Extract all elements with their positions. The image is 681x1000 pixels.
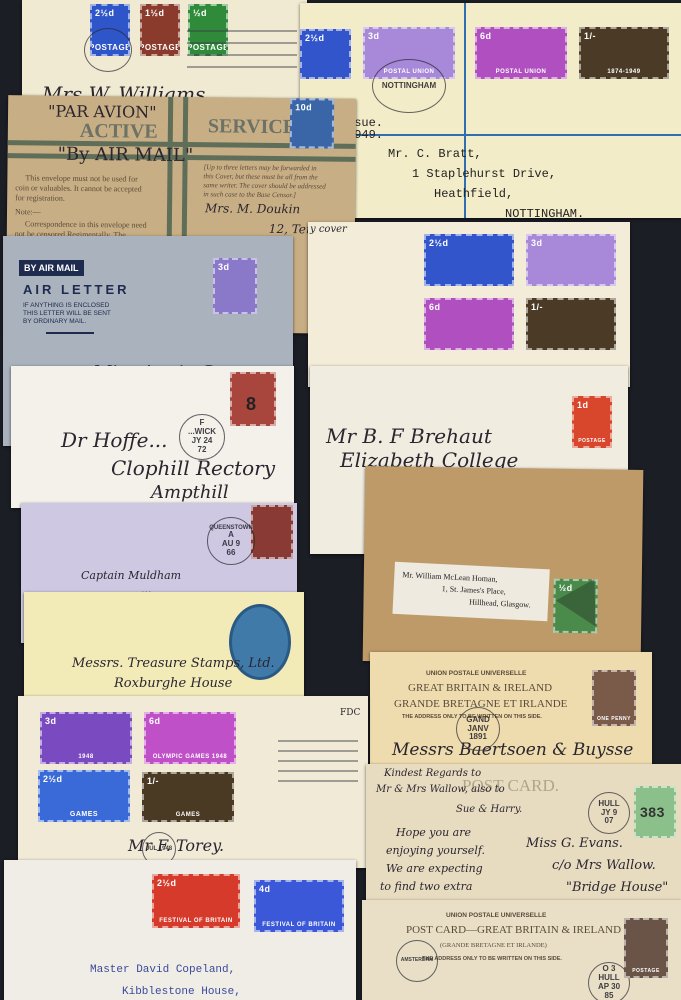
message-line: enjoying yourself.	[386, 844, 485, 857]
addressee: Mr F. Torey.	[128, 836, 224, 855]
stamp-upu-1s: 1/-1874-1949	[579, 27, 669, 79]
hull-picture-postcard: POST CARD. Kindest Regards to Mr & Mrs W…	[366, 764, 681, 904]
address-line: Master David Copeland,	[90, 964, 235, 976]
stamp-olympic-2-5d: 2½dGAMES	[38, 770, 130, 822]
fdc-annotation: FDC	[340, 708, 360, 718]
postmark-amsterdam: AMSTERDAM	[396, 940, 438, 982]
stamp-upu-3d: 3d	[526, 234, 616, 286]
printed-line: POST CARD—GREAT BRITAIN & IRELAND	[406, 924, 621, 936]
notice-line: Note:—	[15, 207, 41, 216]
addressee-line: Captain Muldham	[81, 569, 181, 582]
postmark-hull: HULLJY 907	[588, 792, 630, 834]
active-text: ACTIVE	[80, 120, 158, 144]
notice-line: THIS LETTER WILL BE SENT	[23, 310, 111, 317]
by-air-mail-text: "By AIR MAIL"	[58, 144, 194, 166]
upu-registered-cover: 2½d 3dPOSTAL UNION 6dPOSTAL UNION 1/-187…	[300, 3, 681, 218]
address-line: Mr. C. Bratt,	[388, 147, 482, 161]
address-line: NOTTINGHAM.	[505, 207, 584, 218]
addressee-line: Messrs. Treasure Stamps, Ltd.	[72, 656, 275, 671]
postmark-nottingham: NOTTINGHAM	[372, 59, 446, 113]
addressee-line: Miss G. Evans.	[526, 836, 623, 851]
stamp-upu-6d: 6dPOSTAL UNION	[475, 27, 567, 79]
stamp-penny-red: 8	[230, 372, 276, 426]
address-line: 1 Staplehurst Drive,	[412, 167, 556, 181]
edward-viii-cover: 2½dPOSTAGE 1½dPOSTAGE ½dPOSTAGE Mrs W. W…	[22, 0, 307, 108]
addressee: Messrs Baertsoen & Buysse	[392, 740, 633, 760]
stamp-half-d-green: 383	[634, 786, 676, 838]
festival-of-britain-cover: 2½dFESTIVAL OF BRITAIN 4dFESTIVAL OF BRI…	[4, 860, 356, 1000]
stamp-upu-1s: 1/-	[526, 298, 616, 350]
message-line: Kindest Regards to	[384, 768, 481, 779]
notice-line: coin or valuables. It cannot be accepted	[15, 183, 141, 193]
notice-line: same writer. The cover should be address…	[203, 181, 325, 190]
printed-line: UNION POSTALE UNIVERSELLE	[446, 912, 546, 919]
notice-line: This envelope must not be used for	[25, 173, 138, 183]
message-line: We are expecting	[386, 862, 483, 875]
stamp-olympic-6d: 6dOLYMPIC GAMES 1948	[144, 712, 236, 764]
message-line: Hope you are	[396, 826, 471, 839]
stamp-festival-2-5d: 2½dFESTIVAL OF BRITAIN	[152, 874, 240, 928]
addressee-line: Ampthill	[151, 482, 229, 503]
by-air-mail-banner: BY AIR MAIL	[19, 260, 84, 276]
printed-line: UNION POSTALE UNIVERSELLE	[426, 670, 526, 677]
addressee-line: Clophill Rectory	[111, 456, 275, 480]
stamp-3d-violet: 3d	[213, 258, 257, 314]
postmark: F...WICKJY 2472	[179, 414, 225, 460]
message-line: Sue & Harry.	[456, 804, 522, 815]
notice-line: Correspondence in this envelope need	[25, 219, 147, 229]
upu-fdc: y cover 2½d 3d 6d 1/-	[308, 222, 630, 387]
penny-red-cover-1: 8 F...WICKJY 2472 Dr Hoffe... Clophill R…	[11, 366, 294, 508]
label-line: Hillhead, Glasgow.	[469, 597, 531, 609]
stamp-olympic-1s: 1/-GAMES	[142, 772, 234, 822]
message-line: to find two extra	[380, 880, 472, 893]
notice-line: in such case to the Base Censor.]	[203, 190, 296, 199]
stamp-penny-red	[251, 505, 293, 559]
stamp-olympic-3d: 3d1948	[40, 712, 132, 764]
addressee-line: Mr B. F Brehaut	[326, 424, 492, 448]
olympic-games-fdc: 3d1948 6dOLYMPIC GAMES 1948 2½dGAMES 1/-…	[18, 696, 368, 868]
notice-line: [Up to three letters may be forwarded in	[203, 163, 316, 172]
notice-line: this Cover, but these must be all from t…	[203, 172, 317, 181]
service-text: SERVICE	[208, 115, 296, 139]
stamp-one-penny: POSTAGE	[624, 918, 668, 978]
label-line: 1, St. James's Place,	[442, 584, 506, 596]
stamp-upu-2-5d: 2½d	[300, 29, 351, 79]
par-avion-text: "PAR AVION"	[48, 102, 157, 122]
stamp-one-penny: ONE PENNY	[592, 670, 636, 726]
stamp-festival-4d: 4dFESTIVAL OF BRITAIN	[254, 880, 344, 932]
air-letter-title: AIR LETTER	[23, 282, 130, 297]
message-line: Mr & Mrs Wallow, also to	[376, 784, 505, 795]
notice-line: IF ANYTHING IS ENCLOSED	[23, 302, 109, 309]
printed-line: THE ADDRESS ONLY TO BE WRITTEN ON THIS S…	[422, 956, 562, 962]
addressee-line: c/o Mrs Wallow.	[552, 858, 656, 873]
address-line: Heathfield,	[434, 187, 513, 201]
newspaper-wrapper: Mr. William McLean Homan, 1, St. James's…	[363, 466, 644, 665]
printed-line: (GRANDE BRETAGNE ET IRLANDE)	[440, 942, 547, 949]
stamp-upu-6d: 6d	[424, 298, 514, 350]
sender-name: Mrs. M. Doukin	[205, 201, 300, 216]
stamp-upu-2-5d: 2½d	[424, 234, 514, 286]
addressee-line: Roxburghe House	[114, 676, 232, 691]
address-label: Mr. William McLean Homan, 1, St. James's…	[392, 562, 549, 622]
notice-line: for registration.	[15, 193, 65, 203]
postal-stationery-envelope: Messrs. Treasure Stamps, Ltd. Roxburghe …	[24, 592, 304, 712]
stamp-guernsey: 1dPOSTAGE	[572, 396, 612, 448]
addressee-line: Dr Hoffe...	[61, 428, 168, 452]
postmark-queenstown: QUEENSTOWNAAU 966	[207, 517, 255, 565]
postmark	[84, 28, 132, 72]
label-line: Mr. William McLean Homan,	[402, 570, 498, 584]
hull-postcard-1885: UNION POSTALE UNIVERSELLE POST CARD—GREA…	[362, 900, 681, 1000]
notice-line: BY ORDINARY MAIL.	[23, 318, 86, 325]
stamp-10d: 10d	[290, 98, 335, 148]
stamp-1-5d: 1½dPOSTAGE	[140, 4, 180, 56]
address-line: Kibblestone House,	[122, 986, 241, 998]
gand-postcard: UNION POSTALE UNIVERSELLE GREAT BRITAIN …	[370, 652, 652, 774]
addressee-line: "Bridge House"	[566, 880, 668, 895]
note-text: y cover	[310, 224, 347, 235]
printed-line: GREAT BRITAIN & IRELAND	[408, 682, 552, 694]
